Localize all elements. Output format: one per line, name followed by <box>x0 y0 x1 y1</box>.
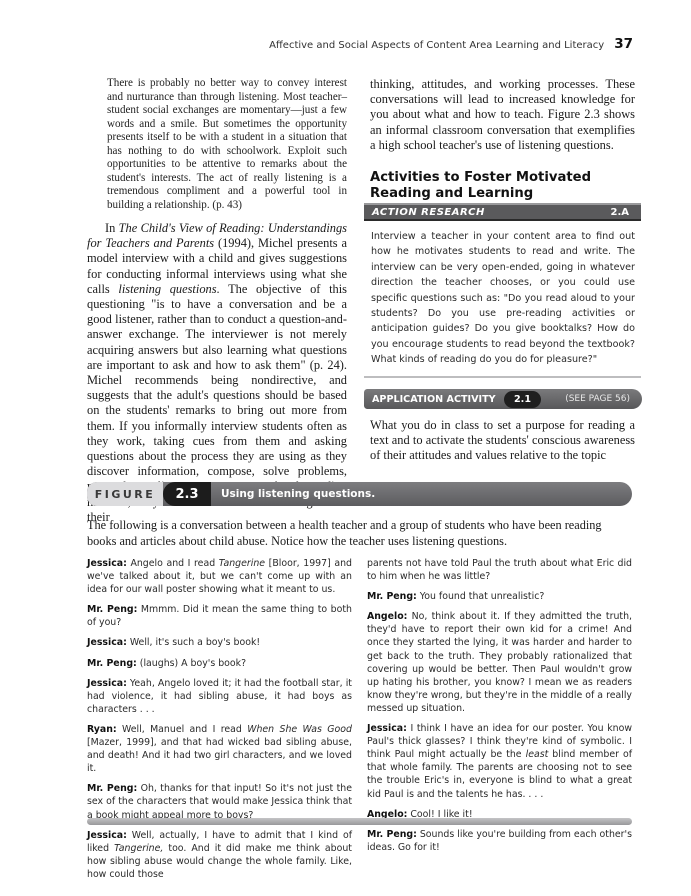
speaker-name: Jessica: <box>87 637 127 648</box>
text-span: Well, it's such a boy's book! <box>127 637 260 648</box>
dialogue-left-column: Jessica: Angelo and I read Tangerine [Bl… <box>87 557 352 888</box>
speaker-name: Angelo: <box>367 611 407 622</box>
text-span: You found that unrealistic? <box>417 591 545 602</box>
dialogue-line: Mr. Peng: (laughs) A boy's book? <box>87 657 352 670</box>
text-span: Yeah, Angelo loved it; it had the footba… <box>87 678 352 715</box>
dialogue-line: Ryan: Well, Manuel and I read When She W… <box>87 723 352 775</box>
book-title: When She Was Good <box>247 724 352 735</box>
text-span: Angelo and I read <box>127 558 219 569</box>
page-number: 37 <box>614 36 633 52</box>
speaker-name: Mr. Peng: <box>87 783 137 794</box>
figure-intro: The following is a conversation between … <box>87 518 632 549</box>
see-page-reference: (SEE PAGE 56) <box>565 394 642 404</box>
right-column: thinking, attitudes, and working process… <box>370 77 635 202</box>
dialogue-line: Mr. Peng: Sounds like you're building fr… <box>367 828 632 854</box>
application-activity-text: What you do in class to set a purpose fo… <box>370 418 635 464</box>
book-title: Tangerine, <box>114 843 163 854</box>
emphasis: least <box>526 749 549 760</box>
action-research-box: ACTION RESEARCH 2.A Interview a teacher … <box>364 203 641 378</box>
text-span: parents not have told Paul the truth abo… <box>367 558 632 582</box>
dialogue-line: Jessica: Angelo and I read Tangerine [Bl… <box>87 557 352 596</box>
text-span: [Mazer, 1999], and that had wicked bad s… <box>87 737 352 774</box>
dialogue-line: Jessica: Well, actually, I have to admit… <box>87 829 352 881</box>
application-activity-bar: APPLICATION ACTIVITY 2.1 (SEE PAGE 56) <box>364 389 642 409</box>
body-paragraph-michel: In The Child's View of Reading: Understa… <box>87 221 347 525</box>
running-head: Affective and Social Aspects of Content … <box>269 36 633 52</box>
speaker-name: Jessica: <box>87 830 127 841</box>
dialogue-line: Jessica: I think I have an idea for our … <box>367 722 632 801</box>
application-activity-text-wrap: What you do in class to set a purpose fo… <box>370 418 635 464</box>
speaker-name: Ryan: <box>87 724 117 735</box>
action-research-title: ACTION RESEARCH <box>372 207 485 218</box>
book-title: Tangerine <box>219 558 265 569</box>
figure-caption-bar: FIGURE 2.3 Using listening questions. <box>87 482 632 506</box>
speaker-name: Mr. Peng: <box>87 604 137 615</box>
figure-title: Using listening questions. <box>211 488 375 500</box>
dialogue-line: Jessica: Well, it's such a boy's book! <box>87 636 352 649</box>
text-span: Well, Manuel and I read <box>117 724 248 735</box>
text-span: (laughs) A boy's book? <box>137 658 246 669</box>
speaker-name: Jessica: <box>87 558 127 569</box>
figure-label: FIGURE <box>87 482 163 506</box>
left-column: There is probably no better way to conve… <box>87 77 347 525</box>
dialogue-line: Mr. Peng: Mmmm. Did it mean the same thi… <box>87 603 352 629</box>
continuation-paragraph: thinking, attitudes, and working process… <box>370 77 635 153</box>
dialogue-line: Mr. Peng: You found that unrealistic? <box>367 590 632 603</box>
running-head-title: Affective and Social Aspects of Content … <box>269 40 604 51</box>
section-heading: Activities to Foster Motivated Reading a… <box>370 170 635 202</box>
figure-bottom-rule <box>87 818 632 825</box>
application-activity-label: APPLICATION ACTIVITY <box>364 394 504 405</box>
term-listening-questions: listening questions <box>118 282 216 296</box>
speaker-name: Jessica: <box>87 678 127 689</box>
dialogue-line: Jessica: Yeah, Angelo loved it; it had t… <box>87 677 352 716</box>
dialogue-line: Mr. Peng: Oh, thanks for that input! So … <box>87 782 352 821</box>
action-research-number: 2.A <box>611 207 630 218</box>
action-research-header: ACTION RESEARCH 2.A <box>364 203 641 221</box>
dialogue-line: Angelo: No, think about it. If they admi… <box>367 610 632 715</box>
speaker-name: Mr. Peng: <box>87 658 137 669</box>
speaker-name: Jessica: <box>367 723 407 734</box>
dialogue-line: parents not have told Paul the truth abo… <box>367 557 632 583</box>
application-activity-number: 2.1 <box>504 391 541 408</box>
block-quote: There is probably no better way to conve… <box>107 77 347 212</box>
speaker-name: Mr. Peng: <box>367 829 417 840</box>
dialogue-right-column: parents not have told Paul the truth abo… <box>367 557 632 861</box>
action-research-body: Interview a teacher in your content area… <box>364 221 641 378</box>
text-span: In <box>105 221 119 235</box>
figure-number: 2.3 <box>163 482 211 506</box>
text-span: No, think about it. If they admitted the… <box>367 611 632 714</box>
speaker-name: Mr. Peng: <box>367 591 417 602</box>
